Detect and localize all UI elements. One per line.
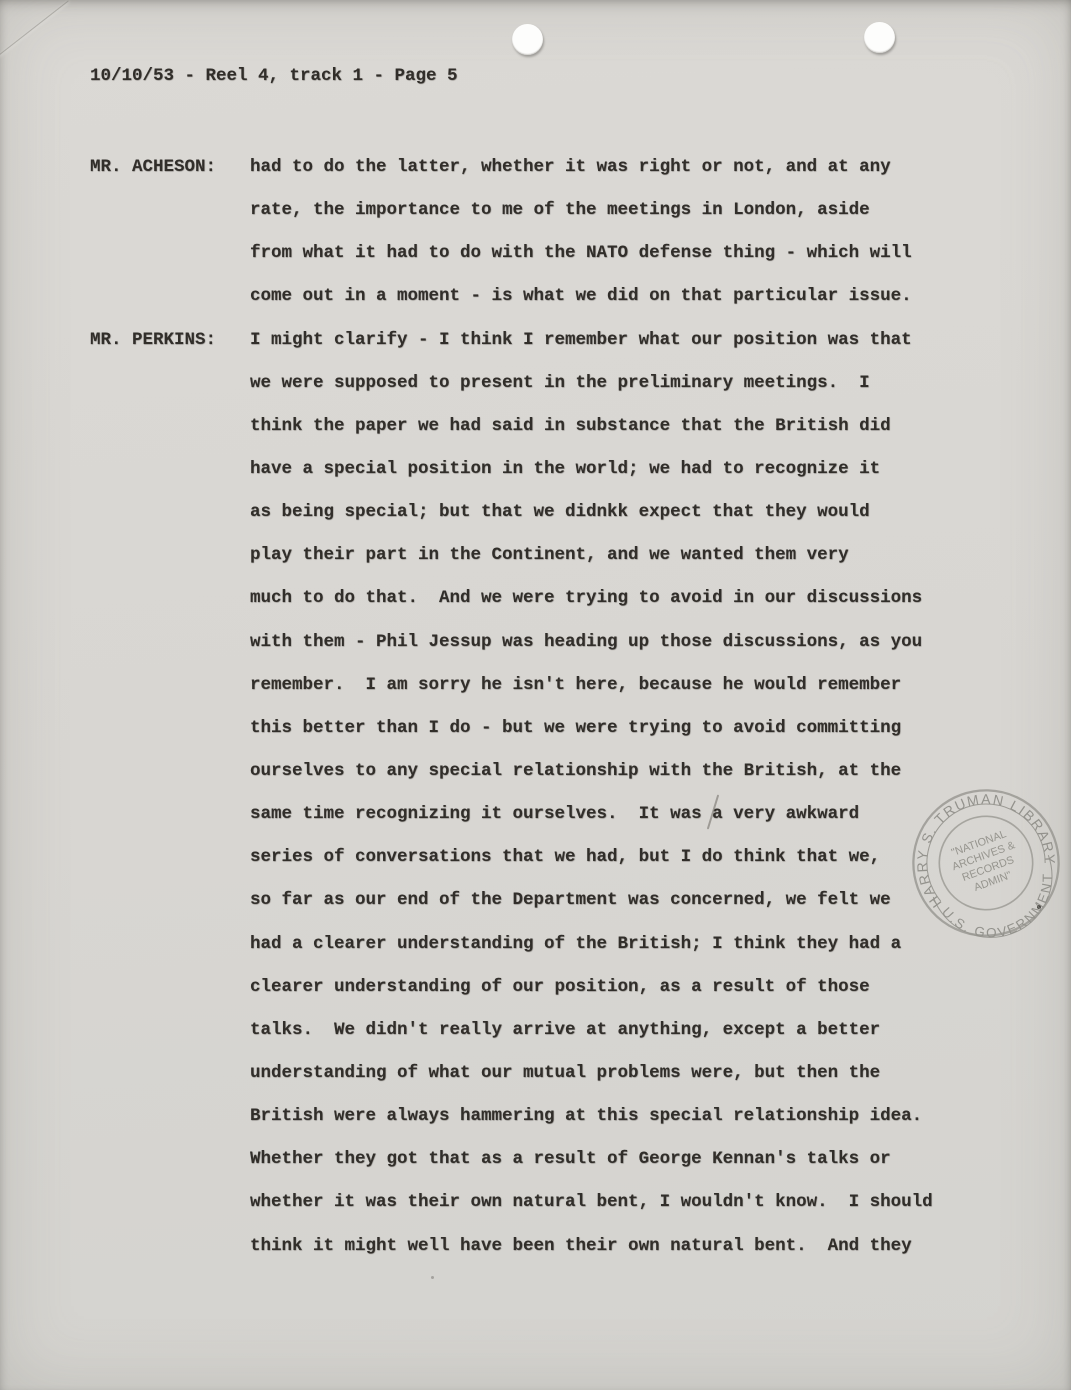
transcript-line: think it might well have been their own … bbox=[250, 1225, 1010, 1268]
transcript-line: series of conversations that we had, but… bbox=[250, 836, 1010, 879]
speech-lines: had to do the latter, whether it was rig… bbox=[250, 146, 1010, 319]
archive-stamp: HARRY S. TRUMAN LIBRARY U.S. GOVERNMENT … bbox=[903, 780, 1069, 946]
speech-lines: I might clarify - I think I remember wha… bbox=[250, 319, 1010, 1268]
corner-crease bbox=[0, 0, 69, 56]
hole-punch-left bbox=[512, 24, 543, 55]
transcript-line: with them - Phil Jessup was heading up t… bbox=[250, 621, 1010, 664]
transcript-line: much to do that. And we were trying to a… bbox=[250, 577, 1010, 620]
transcript-line: British were always hammering at this sp… bbox=[250, 1095, 1010, 1138]
speaker-label: MR. PERKINS: bbox=[90, 319, 216, 362]
transcript-line: rate, the importance to me of the meetin… bbox=[250, 189, 1010, 232]
speaker-label: MR. ACHESON: bbox=[90, 146, 216, 189]
transcript-line: remember. I am sorry he isn't here, beca… bbox=[250, 664, 1010, 707]
transcript-line: play their part in the Continent, and we… bbox=[250, 534, 1010, 577]
transcript-line: this better than I do - but we were tryi… bbox=[250, 707, 1010, 750]
transcript-line: same time recognizing it ourselves. It w… bbox=[250, 793, 1010, 836]
paper-speck bbox=[431, 1276, 434, 1279]
transcript-line: so far as our end of the Department was … bbox=[250, 879, 1010, 922]
transcript-line: I might clarify - I think I remember wha… bbox=[250, 319, 1010, 362]
transcript-line: have a special position in the world; we… bbox=[250, 448, 1010, 491]
document-page: 10/10/53 - Reel 4, track 1 - Page 5 MR. … bbox=[0, 0, 1071, 1390]
transcript-line: come out in a moment - is what we did on… bbox=[250, 275, 1010, 318]
transcript-line: from what it had to do with the NATO def… bbox=[250, 232, 1010, 275]
page-header: 10/10/53 - Reel 4, track 1 - Page 5 bbox=[90, 66, 458, 86]
transcript: MR. ACHESON: had to do the latter, wheth… bbox=[90, 146, 1010, 1268]
transcript-line: as being special; but that we didnkk exp… bbox=[250, 491, 1010, 534]
transcript-entry-acheson: MR. ACHESON: had to do the latter, wheth… bbox=[90, 146, 1010, 319]
transcript-line: Whether they got that as a result of Geo… bbox=[250, 1138, 1010, 1181]
hole-punch-right bbox=[864, 22, 895, 53]
transcript-line: ourselves to any special relationship wi… bbox=[250, 750, 1010, 793]
transcript-line: had a clearer understanding of the Briti… bbox=[250, 923, 1010, 966]
transcript-line: whether it was their own natural bent, I… bbox=[250, 1181, 1010, 1224]
transcript-line: talks. We didn't really arrive at anythi… bbox=[250, 1009, 1010, 1052]
transcript-line: we were supposed to present in the preli… bbox=[250, 362, 1010, 405]
transcript-line: had to do the latter, whether it was rig… bbox=[250, 146, 1010, 189]
transcript-entry-perkins: MR. PERKINS: I might clarify - I think I… bbox=[90, 319, 1010, 1268]
transcript-line: think the paper we had said in substance… bbox=[250, 405, 1010, 448]
transcript-line: understanding of what our mutual problem… bbox=[250, 1052, 1010, 1095]
transcript-line: clearer understanding of our position, a… bbox=[250, 966, 1010, 1009]
